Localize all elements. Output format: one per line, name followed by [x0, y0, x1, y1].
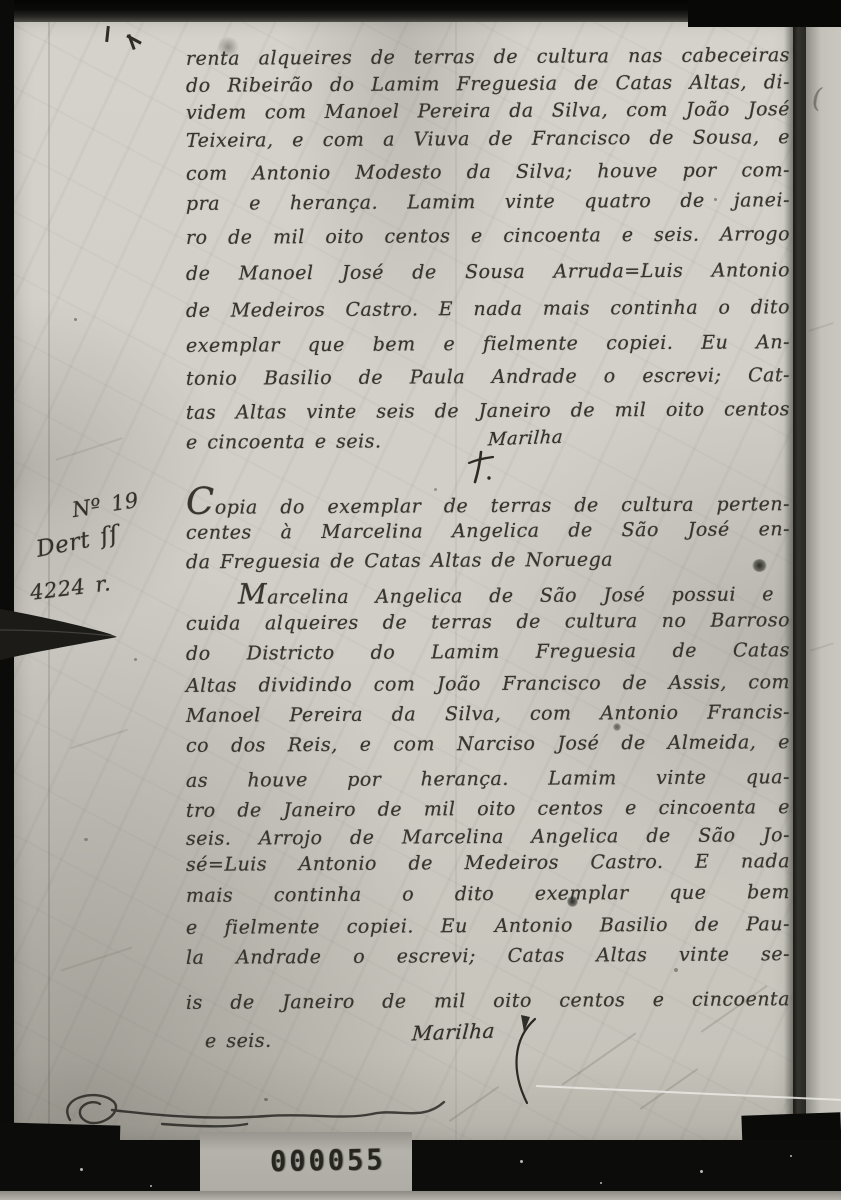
showthrough-mark	[55, 437, 122, 461]
dust-speck	[150, 1185, 152, 1187]
signature-marilha: Marilha	[411, 1021, 495, 1044]
dust-speck	[790, 1155, 792, 1157]
dust-speck	[600, 1182, 602, 1184]
manuscript-line: com Antonio Modesto da Silva; houve por …	[186, 161, 790, 184]
manuscript-line: seis. Arrojo de Marcelina Angelica de Sã…	[186, 826, 790, 849]
manuscript-line: do Districto do Lamim Freguesia de Catas	[186, 641, 790, 664]
binding-gutter-shadow	[784, 18, 808, 1140]
manuscript-line: pra e herança. Lamim vinte quatro de jan…	[186, 191, 790, 214]
ink-blot	[613, 723, 621, 731]
scratch-hatch	[562, 1032, 637, 1085]
manuscript-line: ro de mil oito centos e cincoenta e seis…	[186, 225, 790, 248]
manuscript-line: do Ribeirão do Lamim Freguesia de Catas …	[186, 73, 790, 96]
pen-nib-object	[0, 603, 122, 667]
manuscript-line: co dos Reis, e com Narciso José de Almei…	[186, 733, 790, 756]
center-fold-crease	[455, 18, 457, 1145]
showthrough-mark	[810, 642, 833, 651]
margin-amount-note: 4224 r.	[29, 573, 112, 604]
manuscript-paper: renta alqueires de terras de cultura nas…	[14, 18, 793, 1145]
manuscript-line: tro de Janeiro de mil oito centos e cinc…	[186, 798, 790, 821]
manuscript-line: as houve por herança. Lamim vinte qua-	[186, 768, 790, 791]
manuscript-line: e fielmente copiei. Eu Antonio Basilio d…	[186, 915, 790, 938]
manuscript-line: mais continha o dito exemplar que bem	[186, 883, 790, 906]
notary-cross-mark	[466, 450, 496, 486]
manuscript-line: de Medeiros Castro. E nada mais continha…	[186, 298, 790, 321]
scan-bottom-edge-strip	[0, 1191, 841, 1200]
manuscript-line: Marcelina Angelica de São José possui e	[238, 581, 774, 607]
manuscript-line: exemplar que bem e fielmente copiei. Eu …	[186, 333, 790, 356]
ink-tick-mark	[105, 26, 110, 42]
dust-speck	[520, 1160, 523, 1163]
manuscript-line: Altas dividindo com João Francisco de As…	[186, 673, 790, 696]
manuscript-line: centes à Marcelina Angelica de São José …	[186, 520, 790, 543]
manuscript-line: da Freguesia de Catas Altas de Noruega	[186, 551, 613, 573]
ink-speck	[714, 198, 717, 201]
margin-entry-number: Nº 19	[71, 490, 141, 521]
scratch-hatch	[640, 1068, 698, 1110]
ink-speck	[434, 488, 437, 491]
manuscript-line: cuida alqueires de terras de cultura no …	[186, 611, 790, 634]
manuscript-line: Teixeira, e com a Viuva de Francisco de …	[186, 128, 790, 151]
manuscript-line: e seis.	[205, 1032, 272, 1051]
ink-speck	[674, 968, 678, 972]
showthrough-mark	[70, 729, 128, 749]
ink-blot	[752, 559, 767, 572]
ink-blot	[567, 896, 578, 907]
manuscript-line: videm com Manoel Pereira da Silva, com J…	[186, 100, 790, 123]
manuscript-line: Copia do exemplar de terras de cultura p…	[186, 488, 790, 518]
ink-speck	[134, 658, 137, 661]
showthrough-mark	[61, 946, 133, 971]
manuscript-line: tas Altas vinte seis de Janeiro de mil o…	[186, 400, 790, 423]
manuscript-line: la Andrade o escrevi; Catas Altas vinte …	[186, 945, 790, 968]
bottom-scribble-flourish	[42, 1086, 452, 1150]
signature-marilha: Marilha	[487, 429, 563, 450]
manuscript-line: sé=Luis Antonio de Medeiros Castro. E na…	[186, 852, 790, 875]
scanned-manuscript-page: renta alqueires de terras de cultura nas…	[0, 0, 841, 1200]
ink-speck	[74, 318, 77, 321]
scan-top-right-corner	[688, 0, 841, 27]
ink-speck	[84, 838, 88, 841]
scan-left-border	[0, 0, 14, 1200]
manuscript-line: is de Janeiro de mil oito centos e cinco…	[186, 990, 790, 1013]
showthrough-mark	[808, 322, 833, 332]
showthrough-ink-curve: (	[812, 86, 823, 112]
manuscript-line: de Manoel José de Sousa Arruda=Luis Anto…	[186, 261, 790, 284]
manuscript-line: Manoel Pereira da Silva, com Antonio Fra…	[186, 703, 790, 726]
manuscript-line: tonio Basilio de Paula Andrade o escrevi…	[186, 366, 790, 389]
signature-flourish	[505, 1015, 545, 1107]
ink-speck	[534, 78, 537, 81]
manuscript-line: e cincoenta e seis.	[186, 432, 382, 452]
facing-page-edge: (	[806, 26, 841, 1130]
dust-speck	[80, 1168, 83, 1171]
dust-speck	[700, 1170, 703, 1173]
manuscript-line: renta alqueires de terras de cultura nas…	[186, 46, 790, 69]
